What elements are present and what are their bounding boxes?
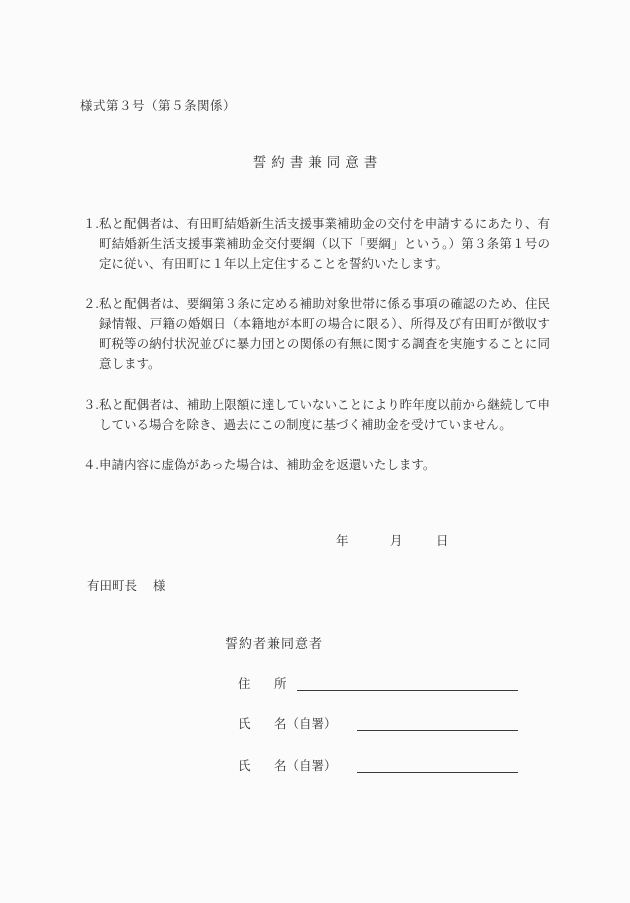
name-label-right: 名（自署） — [274, 715, 337, 733]
paragraph-number: ４. — [83, 455, 99, 475]
year-label: 年 — [336, 531, 349, 551]
address-fill-line — [297, 676, 518, 691]
pledge-paragraph-4: ４. 申請内容に虚偽があった場合は、補助金を返還いたします。 — [83, 455, 550, 475]
document-title: 誓約書兼同意書 — [0, 155, 630, 171]
addressee-line: 有田町長 様 — [0, 578, 630, 594]
paragraph-line: 私と配偶者は、要綱第３条に定める補助対象世帯に係る事項の確認のため、住民登 — [99, 294, 550, 314]
pledge-paragraph-3: ３. 私と配偶者は、補助上限額に達していないことにより昨年度以前から継続して申請… — [83, 395, 550, 435]
signer-heading: 誓約者兼同意者 — [225, 636, 323, 651]
name-row: 氏 名（自署） — [0, 757, 630, 775]
day-label: 日 — [436, 531, 449, 551]
paragraph-line: 意します。 — [99, 354, 550, 374]
name-label-left: 氏 — [238, 757, 251, 775]
address-label-right: 所 — [274, 675, 287, 693]
paragraph-line: している場合を除き、過去にこの制度に基づく補助金を受けていません。 — [99, 415, 550, 435]
month-label: 月 — [390, 531, 403, 551]
name-fill-line — [357, 758, 518, 773]
paragraph-line: 町結婚新生活支援事業補助金交付要綱（以下「要綱」という。）第３条第１号の規 — [99, 234, 550, 254]
form-number: 様式第３号（第５条関係） — [80, 99, 236, 114]
pledge-paragraph-2: ２. 私と配偶者は、要綱第３条に定める補助対象世帯に係る事項の確認のため、住民登… — [83, 294, 550, 374]
paragraph-line: 私と配偶者は、有田町結婚新生活支援事業補助金の交付を申請するにあたり、有田 — [99, 214, 550, 234]
addressee-name: 有田町長 — [87, 578, 137, 594]
paragraph-line: 定に従い、有田町に１年以上定住することを誓約いたします。 — [99, 254, 550, 274]
paragraph-line: 町税等の納付状況並びに暴力団との関係の有無に関する調査を実施することに同 — [99, 334, 550, 354]
name-label-left: 氏 — [238, 715, 251, 733]
address-label-left: 住 — [238, 675, 251, 693]
paragraph-number: ３. — [83, 395, 99, 415]
pledge-paragraph-1: １. 私と配偶者は、有田町結婚新生活支援事業補助金の交付を申請するにあたり、有田… — [83, 214, 550, 274]
name-label-right: 名（自署） — [274, 757, 337, 775]
addressee-honorific: 様 — [153, 578, 166, 594]
address-row: 住 所 — [0, 675, 630, 693]
paragraph-line: 録情報、戸籍の婚姻日（本籍地が本町の場合に限る）、所得及び有田町が徴収する — [99, 314, 550, 334]
paragraph-number: ２. — [83, 294, 99, 314]
paragraph-line: 申請内容に虚偽があった場合は、補助金を返還いたします。 — [99, 455, 550, 475]
name-fill-line — [357, 716, 518, 731]
date-line: 年 月 日 — [0, 531, 630, 551]
name-row: 氏 名（自署） — [0, 715, 630, 733]
paragraph-line: 私と配偶者は、補助上限額に達していないことにより昨年度以前から継続して申請 — [99, 395, 550, 415]
document-page: 様式第３号（第５条関係） 誓約書兼同意書 １. 私と配偶者は、有田町結婚新生活支… — [0, 0, 630, 903]
paragraph-number: １. — [83, 214, 99, 234]
